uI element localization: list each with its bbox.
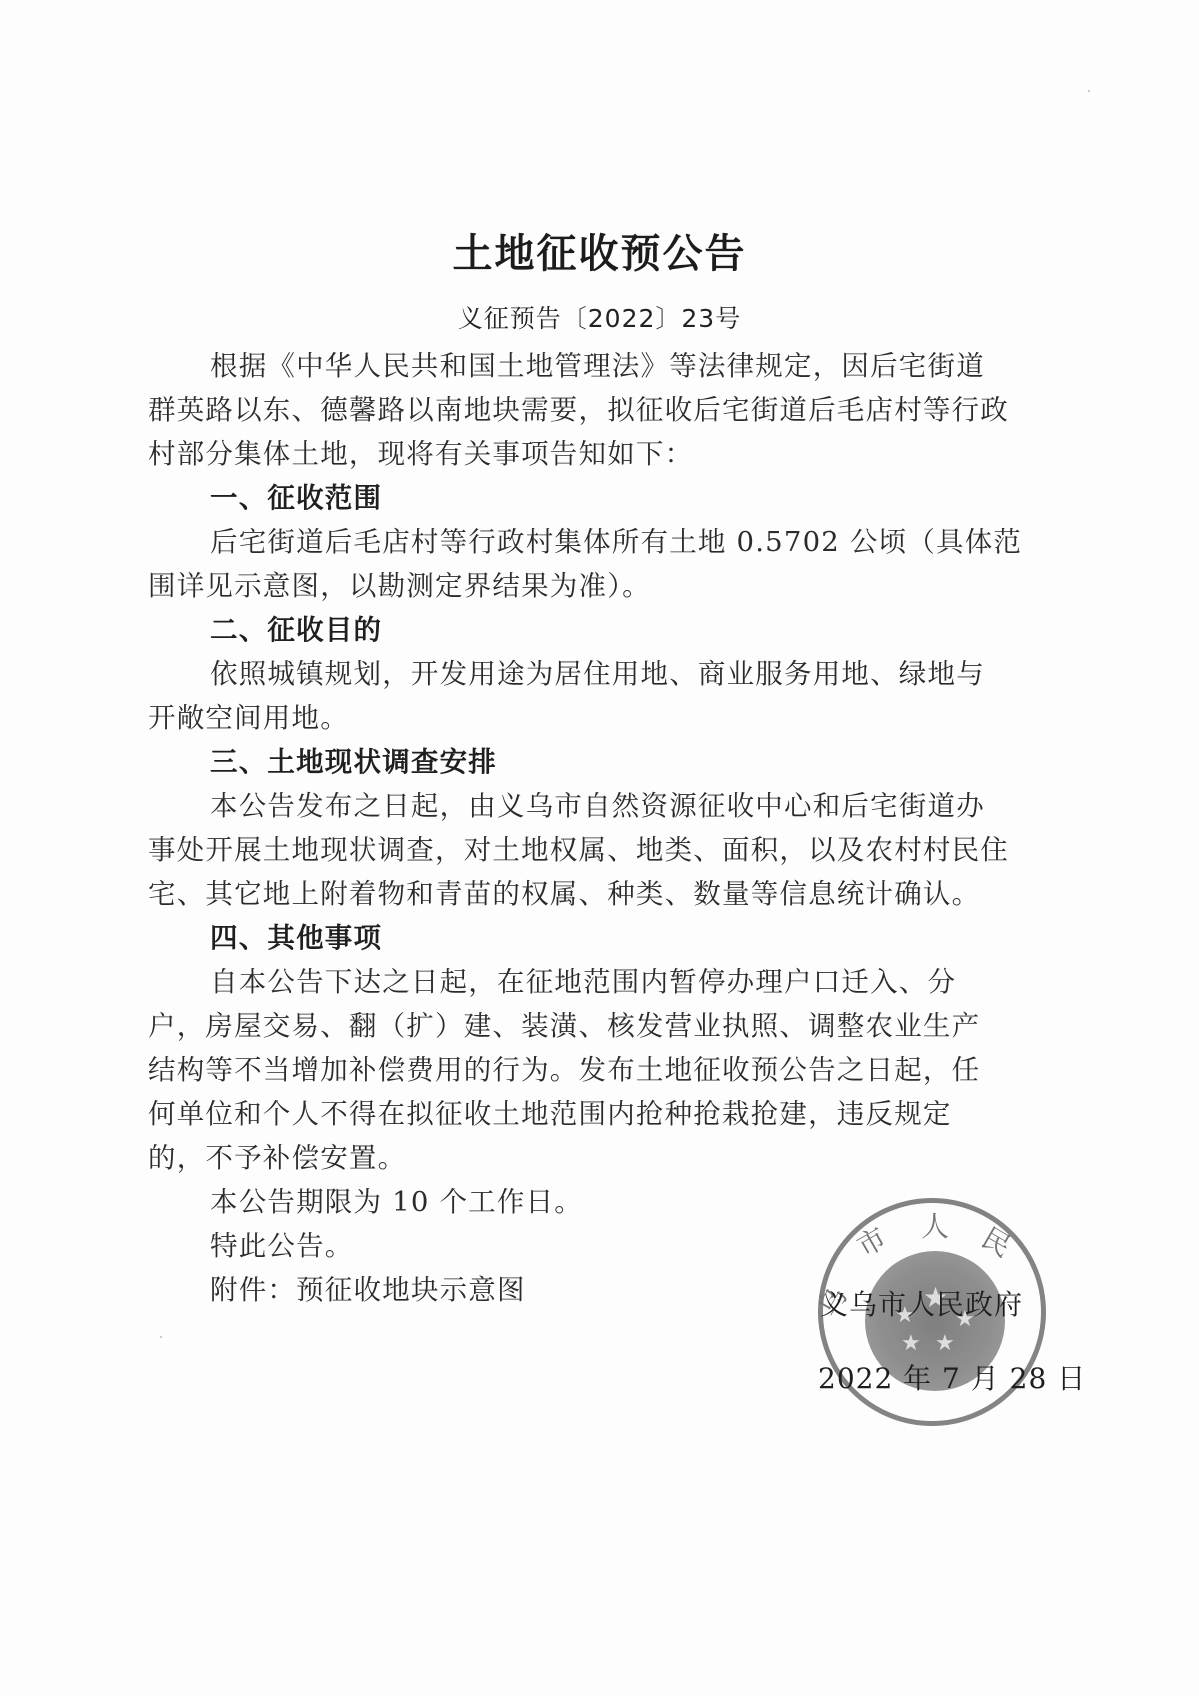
section-heading-other: 四、其他事项 bbox=[148, 916, 1068, 960]
section-line: 宅、其它地上附着物和青苗的权属、种类、数量等信息统计确认。 bbox=[148, 872, 1068, 916]
section-line: 本公告发布之日起，由义乌市自然资源征收中心和后宅街道办 bbox=[148, 784, 1068, 828]
section-line: 自本公告下达之日起，在征地范围内暂停办理户口迁入、分 bbox=[148, 960, 1068, 1004]
star-icon: ★ bbox=[901, 1331, 921, 1356]
section-line: 开敞空间用地。 bbox=[148, 696, 1068, 740]
section-line: 后宅街道后毛店村等行政村集体所有土地 0.5702 公顷（具体范 bbox=[148, 520, 1068, 564]
section-heading-purpose: 二、征收目的 bbox=[148, 608, 1068, 652]
issue-date: 2022 年 7 月 28 日 bbox=[818, 1357, 1086, 1397]
document-number: 义征预告〔2022〕23号 bbox=[0, 299, 1199, 335]
seal-arc-char: 人 bbox=[921, 1205, 949, 1245]
section-line: 何单位和个人不得在拟征收土地范围内抢种抢栽抢建，违反规定 bbox=[148, 1092, 1068, 1136]
scan-speck bbox=[160, 1336, 162, 1338]
section-line: 的，不予补偿安置。 bbox=[148, 1136, 1068, 1180]
section-line: 结构等不当增加补偿费用的行为。发布土地征收预公告之日起，任 bbox=[148, 1048, 1068, 1092]
section-line: 依照城镇规划，开发用途为居住用地、商业服务用地、绿地与 bbox=[148, 652, 1068, 696]
section-heading-survey: 三、土地现状调查安排 bbox=[148, 740, 1068, 784]
star-icon: ★ bbox=[935, 1331, 955, 1356]
issuer-signature: 义乌市人民政府 bbox=[820, 1283, 1023, 1323]
scan-speck bbox=[1088, 90, 1090, 92]
document-title: 土地征收预公告 bbox=[0, 222, 1199, 279]
section-line: 户，房屋交易、翻（扩）建、装潢、核发营业执照、调整农业生产 bbox=[148, 1004, 1068, 1048]
intro-line: 村部分集体土地，现将有关事项告知如下： bbox=[148, 432, 1068, 476]
intro-line: 群英路以东、德馨路以南地块需要，拟征收后宅街道后毛店村等行政 bbox=[148, 388, 1068, 432]
section-line: 围详见示意图，以勘测定界结果为准）。 bbox=[148, 564, 1068, 608]
section-line: 事处开展土地现状调查，对土地权属、地类、面积，以及农村村民住 bbox=[148, 828, 1068, 872]
section-heading-scope: 一、征收范围 bbox=[148, 476, 1068, 520]
document-page: 土地征收预公告 义征预告〔2022〕23号 根据《中华人民共和国土地管理法》等法… bbox=[0, 0, 1199, 1696]
intro-line: 根据《中华人民共和国土地管理法》等法律规定，因后宅街道 bbox=[148, 344, 1068, 388]
document-body: 根据《中华人民共和国土地管理法》等法律规定，因后宅街道 群英路以东、德馨路以南地… bbox=[148, 344, 1068, 1312]
